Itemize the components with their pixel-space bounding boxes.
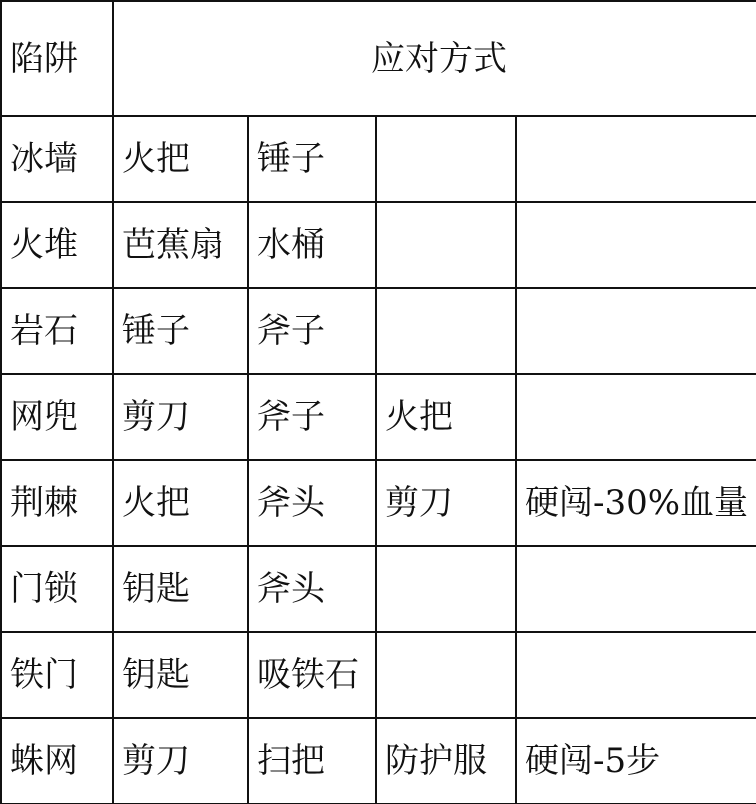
method-cell: 钥匙 — [113, 546, 248, 632]
trap-cell: 岩石 — [1, 288, 113, 374]
method-cell: 钥匙 — [113, 632, 248, 718]
method-cell — [516, 116, 756, 202]
trap-cell: 网兜 — [1, 374, 113, 460]
method-cell — [516, 374, 756, 460]
method-cell — [516, 632, 756, 718]
header-method-cell: 应对方式 — [113, 1, 756, 116]
method-cell: 吸铁石 — [248, 632, 376, 718]
method-cell — [516, 202, 756, 288]
table-row: 铁门 钥匙 吸铁石 — [1, 632, 756, 718]
method-cell: 剪刀 — [113, 718, 248, 804]
method-cell: 锤子 — [113, 288, 248, 374]
trap-cell: 荆棘 — [1, 460, 113, 546]
method-cell: 火把 — [113, 116, 248, 202]
method-cell — [376, 546, 516, 632]
table-row: 蛛网 剪刀 扫把 防护服 硬闯-5步 — [1, 718, 756, 804]
method-cell: 硬闯-30%血量 — [516, 460, 756, 546]
method-cell: 斧子 — [248, 288, 376, 374]
header-row: 陷阱 应对方式 — [1, 1, 756, 116]
method-cell: 斧头 — [248, 546, 376, 632]
trap-cell: 火堆 — [1, 202, 113, 288]
method-cell — [376, 632, 516, 718]
method-cell: 剪刀 — [113, 374, 248, 460]
table-row: 荆棘 火把 斧头 剪刀 硬闯-30%血量 — [1, 460, 756, 546]
method-cell: 防护服 — [376, 718, 516, 804]
method-cell — [516, 546, 756, 632]
header-trap-cell: 陷阱 — [1, 1, 113, 116]
trap-cell: 铁门 — [1, 632, 113, 718]
method-cell — [376, 116, 516, 202]
trap-countermeasure-table: 陷阱 应对方式 冰墙 火把 锤子 火堆 芭蕉扇 水桶 岩石 锤子 斧子 网兜 剪… — [0, 0, 756, 804]
method-cell: 火把 — [113, 460, 248, 546]
method-cell — [376, 202, 516, 288]
table-row: 火堆 芭蕉扇 水桶 — [1, 202, 756, 288]
method-cell: 水桶 — [248, 202, 376, 288]
table-row: 岩石 锤子 斧子 — [1, 288, 756, 374]
method-cell: 斧头 — [248, 460, 376, 546]
trap-cell: 冰墙 — [1, 116, 113, 202]
method-cell: 锤子 — [248, 116, 376, 202]
method-cell: 扫把 — [248, 718, 376, 804]
method-cell: 剪刀 — [376, 460, 516, 546]
trap-cell: 门锁 — [1, 546, 113, 632]
method-cell: 芭蕉扇 — [113, 202, 248, 288]
trap-cell: 蛛网 — [1, 718, 113, 804]
table-row: 网兜 剪刀 斧子 火把 — [1, 374, 756, 460]
table-row: 门锁 钥匙 斧头 — [1, 546, 756, 632]
table-row: 冰墙 火把 锤子 — [1, 116, 756, 202]
method-cell: 硬闯-5步 — [516, 718, 756, 804]
method-cell: 火把 — [376, 374, 516, 460]
method-cell: 斧子 — [248, 374, 376, 460]
method-cell — [516, 288, 756, 374]
method-cell — [376, 288, 516, 374]
